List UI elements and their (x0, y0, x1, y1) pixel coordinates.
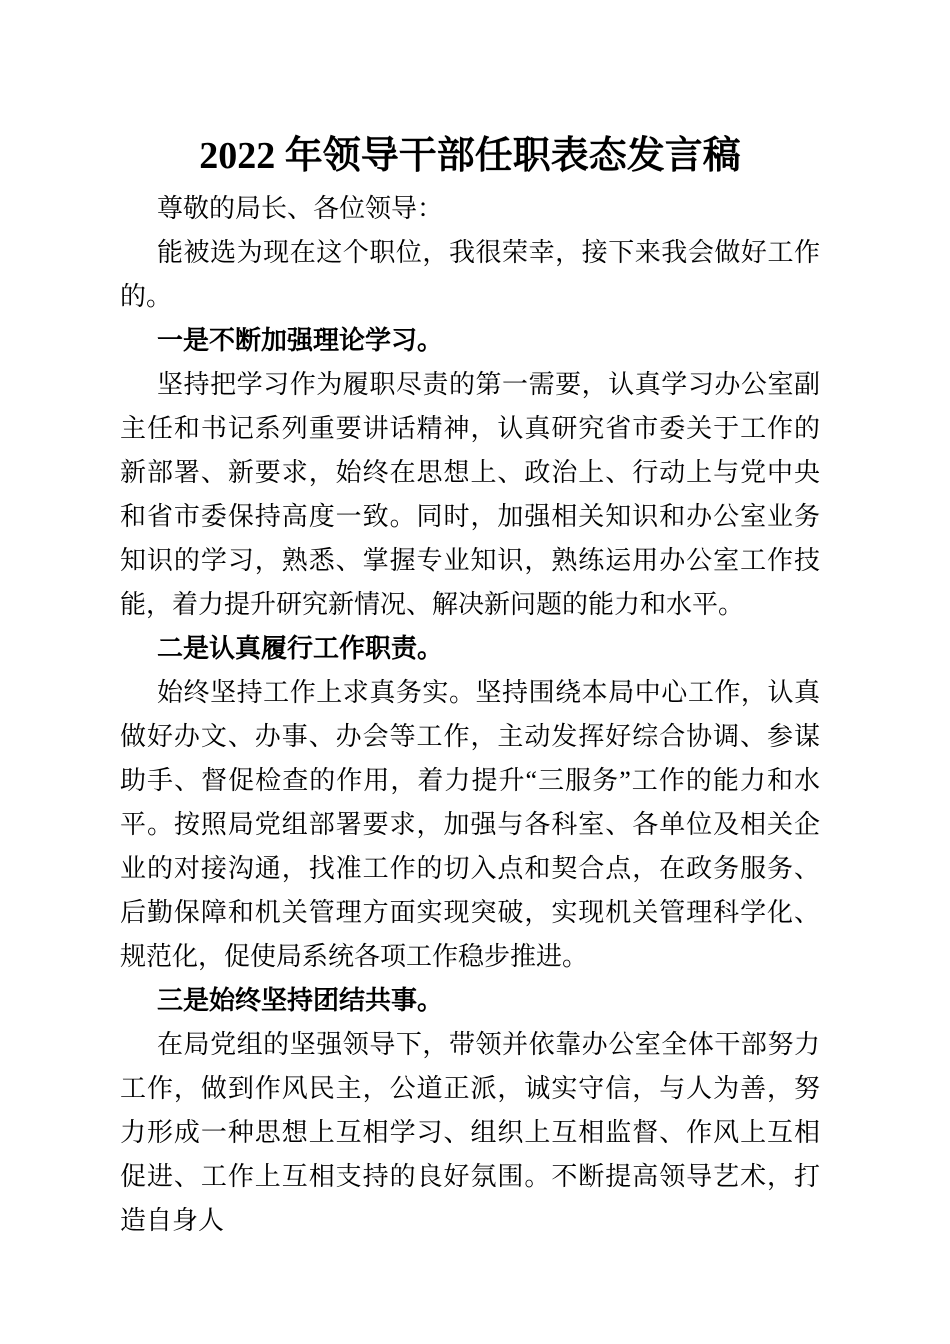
paragraph-intro: 能被选为现在这个职位，我很荣幸，接下来我会做好工作的。 (120, 231, 820, 319)
paragraph-point-1-body: 坚持把学习作为履职尽责的第一需要，认真学习办公室副主任和书记系列重要讲话精神，认… (120, 363, 820, 627)
paragraph-point-2-body: 始终坚持工作上求真务实。坚持围绕本局中心工作，认真做好办文、办事、办会等工作，主… (120, 671, 820, 979)
heading-point-3: 三是始终坚持团结共事。 (120, 979, 820, 1023)
document-title: 2022 年领导干部任职表态发言稿 (120, 131, 820, 181)
heading-point-2: 二是认真履行工作职责。 (120, 627, 820, 671)
paragraph-point-3-body: 在局党组的坚强领导下，带领并依靠办公室全体干部努力工作，做到作风民主，公道正派，… (120, 1023, 820, 1243)
paragraph-salutation: 尊敬的局长、各位领导： (120, 187, 820, 231)
heading-point-1: 一是不断加强理论学习。 (120, 319, 820, 363)
document-page: 2022 年领导干部任职表态发言稿 尊敬的局长、各位领导： 能被选为现在这个职位… (0, 0, 950, 1344)
